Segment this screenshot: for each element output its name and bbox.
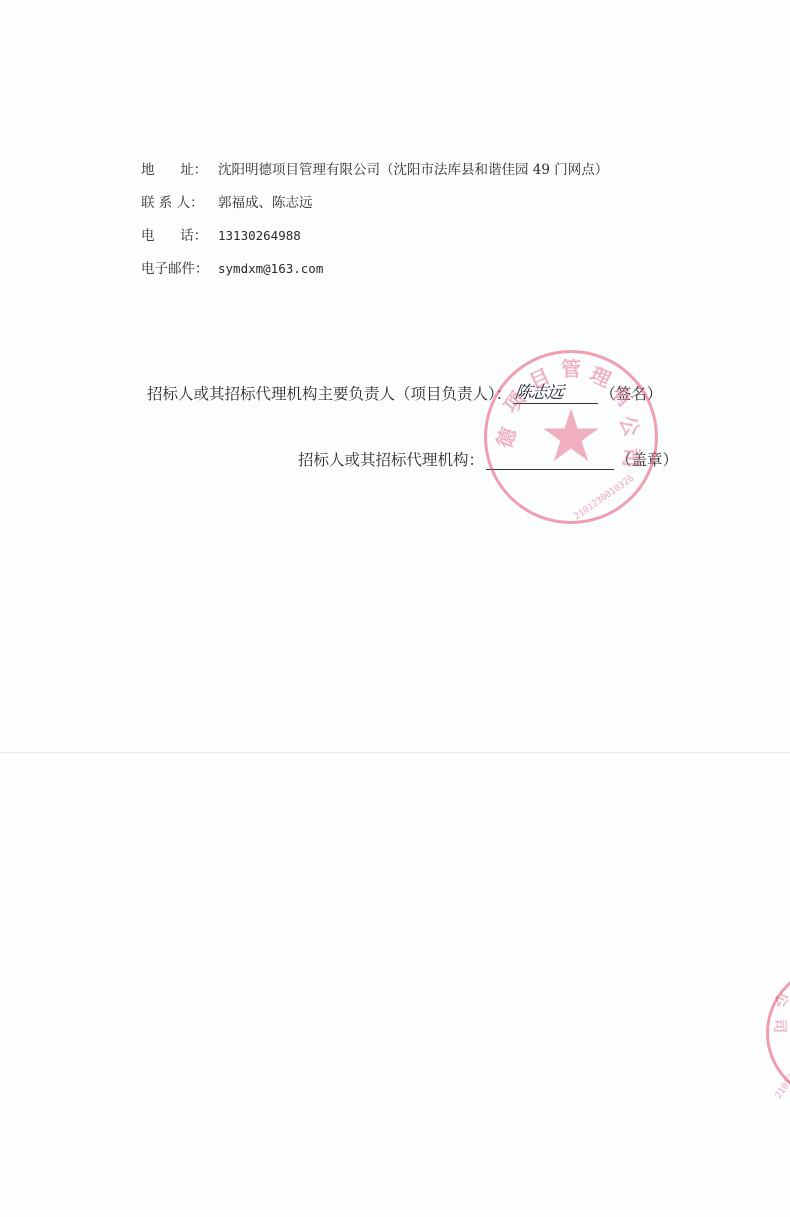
seal-char: 司: [770, 1019, 790, 1033]
phone-label: 电 话：: [141, 224, 218, 244]
contact-person-value: 郭福成、陈志远: [218, 191, 313, 211]
responsible-person-signature-line: 招标人或其招标代理机构主要负责人（项目负责人）： 陈志远 （签名）: [147, 382, 662, 404]
seal-blank: [486, 449, 614, 470]
contact-person-label: 联 系 人：: [141, 191, 218, 211]
partial-seal-stamp: 公 司 2101230010326: [766, 965, 790, 1101]
agency-label: 招标人或其招标代理机构：: [298, 448, 484, 470]
handwritten-signature: 陈志远: [514, 378, 566, 403]
address-row: 地 址： 沈阳明德项目管理有限公司（沈阳市法库县和谐佳园 49 门网点）: [141, 158, 608, 191]
seal-code: 2101230010326: [774, 1037, 790, 1100]
seal-code: 2101230010326: [573, 474, 636, 523]
email-value: symdxm@163.com: [218, 261, 323, 276]
phone-value: 13130264988: [218, 228, 301, 243]
company-seal-stamp: ★ 德 项 目 管 理 有 公 司 2101230010326: [484, 350, 658, 524]
contact-info: 地 址： 沈阳明德项目管理有限公司（沈阳市法库县和谐佳园 49 门网点） 联 系…: [141, 158, 608, 290]
page-divider: [0, 752, 790, 753]
agency-seal-line: 招标人或其招标代理机构： （盖章）: [298, 448, 678, 470]
responsible-person-label: 招标人或其招标代理机构主要负责人（项目负责人）：: [147, 382, 511, 404]
signature-suffix: （签名）: [600, 382, 662, 404]
email-row: 电子邮件： symdxm@163.com: [141, 257, 608, 290]
seal-char: 公: [771, 991, 790, 1008]
phone-row: 电 话： 13130264988: [141, 224, 608, 257]
signature-blank: 陈志远: [513, 383, 598, 404]
address-label: 地 址：: [141, 158, 218, 178]
address-value: 沈阳明德项目管理有限公司（沈阳市法库县和谐佳园 49 门网点）: [218, 158, 608, 178]
seal-char: 公: [614, 411, 648, 440]
seal-suffix: （盖章）: [616, 448, 678, 470]
email-label: 电子邮件：: [141, 257, 218, 277]
contact-person-row: 联 系 人： 郭福成、陈志远: [141, 191, 608, 224]
